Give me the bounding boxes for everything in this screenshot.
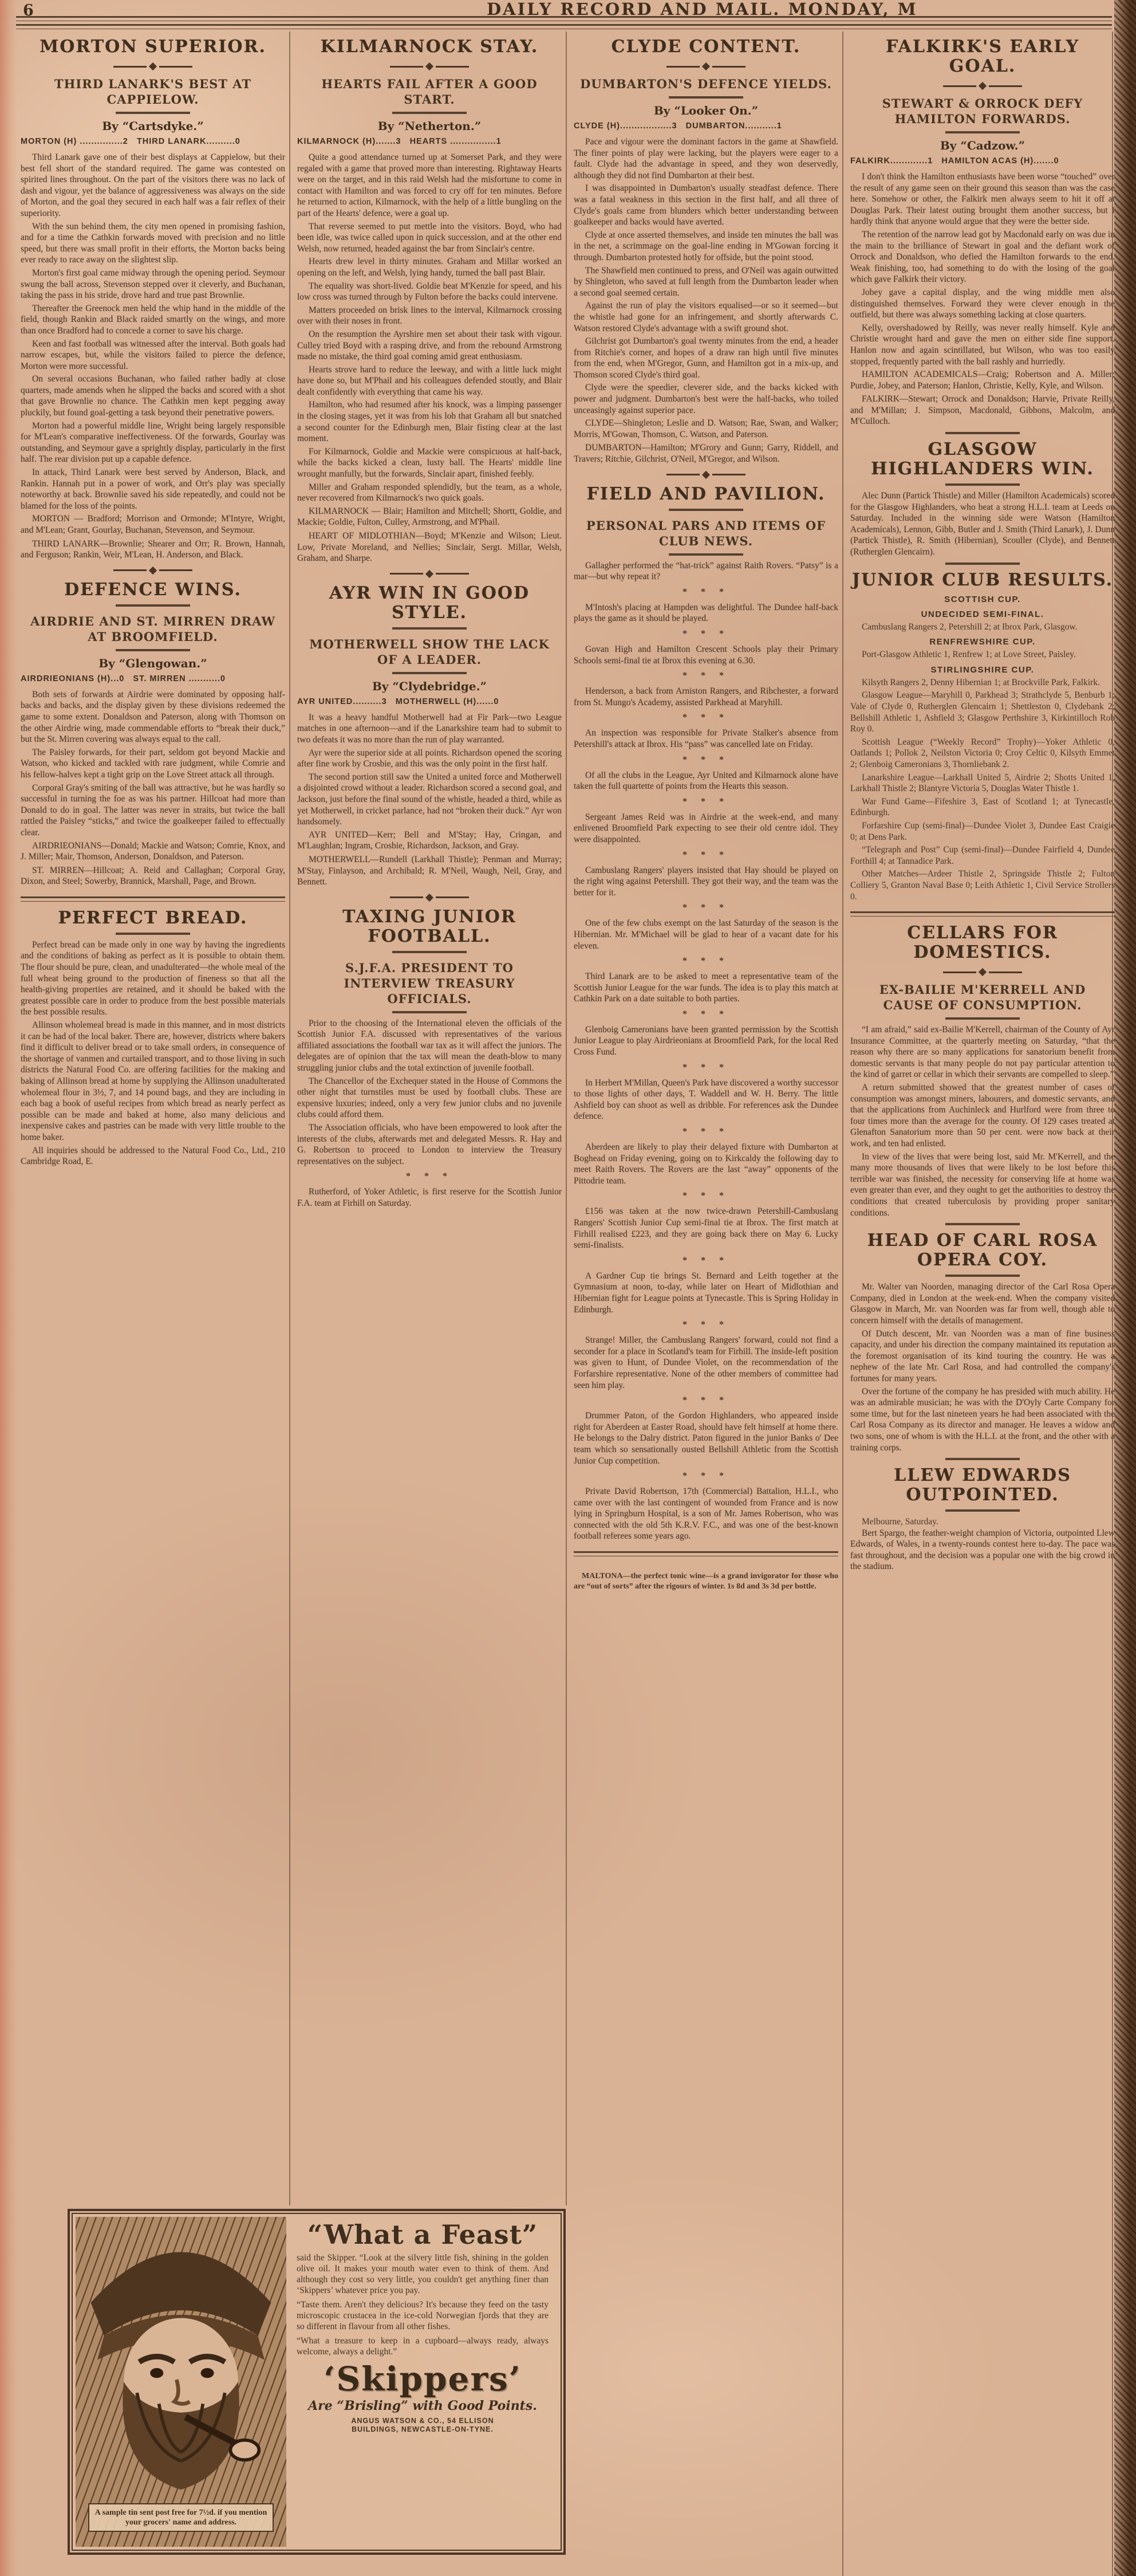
rule-line [390, 896, 423, 898]
team-line-up: KILMARNOCK — Blair; Hamilton and Mitchel… [297, 506, 562, 528]
article-paragraph: Alec Dunn (Partick Thistle) and Miller (… [850, 490, 1115, 558]
article-paragraph: Both sets of forwards at Airdrie were do… [21, 689, 285, 745]
divider-short-rule [392, 112, 467, 114]
rule-line [159, 66, 192, 68]
article-byline: By “Glengowan.” [21, 657, 285, 670]
masthead-rule-bottom [16, 24, 1112, 29]
article-paragraph: I don't think the Hamilton enthusiasts h… [850, 171, 1115, 227]
team-line-up: DUMBARTON—Hamilton; M'Grory and Gunn; Ga… [574, 442, 838, 465]
article-paragraph: Morton's first goal came midway through … [21, 268, 285, 301]
article-paragraph: Ayr were the superior side at all points… [297, 748, 562, 770]
article-paragraph: Jobey gave a capital display, and the wi… [850, 287, 1115, 321]
article-paragraph: With the sun behind them, the city men o… [21, 221, 285, 266]
team-line-up: AYR UNITED—Kerr; Bell and M'Stay; Hay, C… [297, 829, 562, 852]
article-paragraph: Quite a good attendance turned up at Som… [297, 152, 562, 219]
divider-short-rule [392, 951, 467, 953]
divider-short-rule [945, 1223, 1020, 1225]
article-paragraph: Drummer Paton, of the Gordon Highlanders… [574, 1410, 838, 1466]
article-paragraph: Keen and fast football was witnessed aft… [21, 339, 285, 372]
article-paragraph: The equality was short-lived. Goldie bea… [297, 281, 562, 303]
article-headline: CELLARS FOR DOMESTICS. [850, 923, 1115, 962]
article-headline: CLYDE CONTENT. [574, 37, 838, 57]
rule-line [159, 569, 192, 571]
article-paragraph: In view of the lives that were being los… [850, 1151, 1115, 1219]
rule-line [989, 972, 1022, 973]
article-headline: DEFENCE WINS. [21, 580, 285, 600]
column-rule-3 [842, 32, 843, 2576]
article-paragraph: Kelly, overshadowed by Reilly, was never… [850, 323, 1115, 367]
divider-stars: * * * [574, 956, 838, 966]
article-paragraph: Third Lanark are to be asked to meet a r… [574, 971, 838, 1005]
result-line: Forfarshire Cup (semi-final)—Dundee Viol… [850, 820, 1115, 843]
article-paragraph: Bert Spargo, the feather-weight champion… [850, 1528, 1115, 1572]
article-paragraph: Of Dutch descent, Mr. van Noorden was a … [850, 1328, 1115, 1385]
result-line: Scottish League (“Weekly Record” Trophy)… [850, 737, 1115, 770]
article-paragraph: Of all the clubs in the League, Ayr Unit… [574, 770, 838, 792]
article-paragraph: Gallagher performed the “hat-trick” agai… [574, 560, 838, 583]
divider-short-rule [945, 1275, 1020, 1277]
article-subhead: THIRD LANARK'S BEST AT CAPPIELOW. [24, 76, 282, 107]
article-paragraph: One of the few clubs exempt on the last … [574, 918, 838, 951]
ad-tagline: Are “Brisling” with Good Points. [297, 2398, 549, 2413]
rule-line [666, 66, 700, 68]
news-column-2: KILMARNOCK STAY.HEARTS FAIL AFTER A GOOD… [296, 32, 563, 2205]
team-line-up: CLYDE—Shingleton; Leslie and D. Watson; … [574, 418, 838, 440]
team-line-up: FALKIRK—Stewart; Orrock and Donaldson; H… [850, 394, 1115, 427]
divider-short-rule [945, 432, 1020, 434]
divider-short-rule [392, 1011, 467, 1013]
rule-line [943, 85, 976, 87]
article-headline: HEAD OF CARL ROSA OPERA COY. [850, 1231, 1115, 1270]
article-paragraph: Allinson wholemeal bread is made in this… [21, 1020, 285, 1143]
divider-ornament [297, 64, 562, 69]
article-paragraph: Clyde at once asserted themselves, and i… [574, 230, 838, 264]
team-line-up: HEART OF MIDLOTHIAN—Boyd; M'Kenzie and W… [297, 530, 562, 564]
article-paragraph: M'Intosh's placing at Hampden was deligh… [574, 602, 838, 624]
diamond-icon [425, 570, 433, 578]
diamond-icon [149, 567, 157, 575]
column-rule-2 [566, 32, 567, 2205]
article-paragraph: In attack, Third Lanark were best served… [21, 467, 285, 512]
fisherman-illustration: A sample tin sent post free for 7½d. if … [76, 2217, 286, 2547]
article-paragraph: Clyde were the speedier, cleverer side, … [574, 382, 838, 416]
article-headline: GLASGOW HIGHLANDERS WIN. [850, 440, 1115, 479]
scan-left-edge [0, 0, 17, 2576]
rule-line [390, 573, 423, 575]
rule-line [436, 573, 469, 575]
ad-address-line: ANGUS WATSON & CO., 54 ELLISON [297, 2417, 549, 2425]
divider-short-rule [945, 1509, 1020, 1512]
article-paragraph: Rutherford, of Yoker Athletic, is first … [297, 1186, 562, 1209]
article-paragraph: In Herbert M'Millan, Queen's Park have d… [574, 1077, 838, 1122]
news-column-3: CLYDE CONTENT.DUMBARTON'S DEFENCE YIELDS… [573, 32, 839, 2569]
rule-line [113, 569, 147, 571]
article-paragraph: Thereafter the Greenock men held the whi… [21, 303, 285, 337]
article-paragraph: An inspection was responsible for Privat… [574, 727, 838, 750]
ad-copy-paragraph: “What a treasure to keep in a cupboard—a… [297, 2335, 549, 2357]
divider-ornament [297, 895, 562, 900]
diamond-icon [702, 62, 710, 70]
divider-ornament [850, 83, 1115, 89]
team-line-up: MORTON — Bradford; Morrison and Ormonde;… [21, 513, 285, 536]
team-line-up: THIRD LANARK—Brownlie; Shearer and Orr; … [21, 538, 285, 561]
article-paragraph: Matters proceeded on brisk lines to the … [297, 305, 562, 327]
divider-short-rule [945, 131, 1020, 133]
divider-double-rule [21, 896, 285, 902]
divider-short-rule [116, 112, 190, 114]
ad-address-line: BUILDINGS, NEWCASTLE-ON-TYNE. [297, 2425, 549, 2434]
article-paragraph: Hamilton, who had resumed after his knoc… [297, 399, 562, 444]
divider-short-rule [116, 933, 190, 935]
match-scoreline: CLYDE (H)..................3 DUMBARTON..… [574, 121, 838, 132]
article-byline: By “Clydebridge.” [297, 680, 562, 693]
rule-line [390, 66, 423, 68]
match-scoreline: FALKIRK.............1 HAMILTON ACAS (H).… [850, 156, 1115, 167]
article-paragraph: I was disappointed in Dumbarton's usuall… [574, 183, 838, 227]
divider-stars: * * * [574, 797, 838, 807]
article-paragraph: Glenboig Cameronians have been granted p… [574, 1024, 838, 1058]
article-paragraph: £156 was taken at the now twice-drawn Pe… [574, 1206, 838, 1250]
divider-stars: * * * [574, 587, 838, 597]
match-scoreline: KILMARNOCK (H).......3 HEARTS ..........… [297, 136, 562, 147]
article-headline: AYR WIN IN GOOD STYLE. [297, 584, 562, 623]
divider-stars: * * * [574, 903, 838, 913]
rule-line [436, 66, 469, 68]
divider-short-rule [392, 627, 467, 630]
divider-stars: * * * [574, 1127, 838, 1137]
diamond-icon [702, 471, 710, 479]
divider-double-rule [574, 1551, 838, 1556]
article-byline: By “Cadzow.” [850, 139, 1115, 152]
divider-stars: * * * [297, 1171, 562, 1182]
article-subhead: MOTHERWELL SHOW THE LACK OF A LEADER. [301, 636, 558, 667]
diamond-icon [979, 82, 987, 90]
article-paragraph: Over the fortune of the company he has p… [850, 1386, 1115, 1454]
newspaper-page: 6 DAILY RECORD AND MAIL. MONDAY, M MORTO… [0, 0, 1136, 2576]
article-paragraph: The retention of the narrow lead got by … [850, 229, 1115, 285]
match-scoreline: AIRDRIEONIANS (H)...0 ST. MIRREN .......… [21, 674, 285, 685]
divider-ornament [574, 64, 838, 69]
rule-line [712, 474, 746, 475]
page-right-edge [1114, 0, 1136, 2576]
result-line: Glasgow League—Maryhill 0, Parkhead 3; S… [850, 690, 1115, 734]
diamond-icon [149, 62, 157, 70]
divider-short-rule [669, 553, 743, 556]
masthead-rule-top [16, 16, 1112, 21]
article-headline: MORTON SUPERIOR. [21, 37, 285, 57]
divider-short-rule [392, 672, 467, 674]
article-paragraph: Sergeant James Reid was in Airdrie at th… [574, 812, 838, 845]
article-paragraph: The second portion still saw the United … [297, 772, 562, 828]
article-byline: By “Netherton.” [297, 120, 562, 133]
article-paragraph: Prior to the choosing of the Internation… [297, 1018, 562, 1074]
divider-stars: * * * [574, 1191, 838, 1201]
team-line-up: ST. MIRREN—Hillcoat; A. Reid and Callagh… [21, 865, 285, 887]
team-line-up: HAMILTON ACADEMICALS—Craig; Robertson an… [850, 369, 1115, 391]
divider-stars: * * * [574, 755, 838, 765]
column-rule-1 [289, 32, 290, 2205]
article-subhead: S.J.F.A. PRESIDENT TO INTERVIEW TREASURY… [301, 960, 558, 1006]
article-byline: By “Looker On.” [574, 104, 838, 117]
divider-short-rule [116, 604, 190, 607]
article-paragraph: Third Lanark gave one of their best disp… [21, 152, 285, 219]
article-paragraph: A return submitted showed that the great… [850, 1082, 1115, 1150]
article-paragraph: Private David Robertson, 17th (Commercia… [574, 1486, 838, 1542]
skippers-ad: A sample tin sent post free for 7½d. if … [68, 2209, 566, 2555]
article-subhead: STEWART & ORROCK DEFY HAMILTON FORWARDS. [854, 96, 1111, 127]
divider-ornament [21, 64, 285, 69]
article-paragraph: Aberdeen are likely to play their delaye… [574, 1142, 838, 1186]
results-cup-heading: STIRLINGSHIRE CUP. [850, 664, 1115, 675]
divider-stars: * * * [574, 1395, 838, 1406]
result-line: Kilsyth Rangers 2, Denny Hibernian 1; at… [850, 677, 1115, 689]
article-paragraph: On the resumption the Ayrshire men set a… [297, 329, 562, 363]
divider-short-rule [945, 563, 1020, 565]
result-line: Cambuslang Rangers 2, Petershill 2; at I… [850, 622, 1115, 633]
dateline: Melbourne, Saturday. [850, 1516, 1115, 1528]
team-line-up: AIRDRIEONIANS—Donald; Mackie and Watson;… [21, 840, 285, 863]
article-paragraph: It was a heavy handful Motherwell had at… [297, 712, 562, 746]
article-paragraph: Hearts strove hard to reduce the leeway,… [297, 364, 562, 398]
results-cup-heading: SCOTTISH CUP. [850, 594, 1115, 605]
divider-stars: * * * [574, 1320, 838, 1330]
article-subhead: HEARTS FAIL AFTER A GOOD START. [301, 76, 558, 107]
article-headline: PERFECT BREAD. [21, 909, 285, 928]
article-paragraph: For Kilmarnock, Goldie and Mackie were c… [297, 446, 562, 480]
rule-line [436, 896, 469, 898]
match-scoreline: MORTON (H) ...............2 THIRD LANARK… [21, 136, 285, 147]
divider-stars: * * * [574, 713, 838, 723]
article-paragraph: Gilchrist got Dumbarton's goal twenty mi… [574, 336, 838, 380]
article-paragraph: The Association officials, who have been… [297, 1122, 562, 1167]
article-paragraph: Mr. Walter van Noorden, managing directo… [850, 1281, 1115, 1326]
result-line: War Fund Game—Fifeshire 3, East of Scotl… [850, 796, 1115, 819]
result-line: Port-Glasgow Athletic 1, Renfrew 1; at L… [850, 649, 1115, 660]
article-paragraph: Miller and Graham responded splendidly, … [297, 482, 562, 504]
article-paragraph: A Gardner Cup tie brings St. Bernard and… [574, 1271, 838, 1315]
article-headline: JUNIOR CLUB RESULTS. [850, 571, 1115, 590]
article-paragraph: Cambuslang Rangers' players insisted tha… [574, 865, 838, 899]
divider-short-rule [945, 1017, 1020, 1020]
article-headline: FALKIRK'S EARLY GOAL. [850, 37, 1115, 76]
article-headline: FIELD AND PAVILION. [574, 485, 838, 504]
article-paragraph: Against the run of play the visitors equ… [574, 300, 838, 334]
ad-copy-paragraph: “Taste them. Aren't they delicious? It's… [297, 2299, 549, 2332]
divider-short-rule [116, 649, 190, 651]
article-paragraph: All inquiries should be addressed to the… [21, 1145, 285, 1167]
rule-line [712, 66, 746, 68]
divider-stars: * * * [574, 1009, 838, 1020]
rule-line [989, 85, 1022, 87]
article-paragraph: That reverse seemed to put mettle into t… [297, 221, 562, 255]
divider-stars: * * * [574, 1063, 838, 1073]
divider-stars: * * * [574, 629, 838, 639]
news-column-1: MORTON SUPERIOR.THIRD LANARK'S BEST AT C… [19, 32, 286, 2205]
article-subhead: AIRDRIE AND ST. MIRREN DRAW AT BROOMFIEL… [24, 613, 282, 644]
article-paragraph: The Chancellor of the Exchequer stated i… [297, 1076, 562, 1120]
article-paragraph: The Paisley forwards, for their part, se… [21, 747, 285, 781]
divider-stars: * * * [574, 1471, 838, 1481]
diamond-icon [425, 62, 433, 70]
divider-ornament [297, 571, 562, 577]
rule-line [113, 66, 147, 68]
divider-ornament [574, 472, 838, 478]
article-subhead: DUMBARTON'S DEFENCE YIELDS. [577, 76, 835, 92]
result-line: “Telegraph and Post” Cup (semi-final)—Du… [850, 844, 1115, 867]
article-subhead: PERSONAL PARS AND ITEMS OF CLUB NEWS. [577, 518, 835, 549]
article-headline: KILMARNOCK STAY. [297, 37, 562, 57]
news-column-4: FALKIRK'S EARLY GOAL.STEWART & ORROCK DE… [849, 32, 1116, 2569]
divider-stars: * * * [574, 850, 838, 860]
divider-short-rule [945, 483, 1020, 486]
result-line: Lanarkshire League—Larkhall United 5, Ai… [850, 772, 1115, 795]
diamond-icon [425, 894, 433, 902]
divider-ornament [850, 969, 1115, 975]
ad-copy-paragraph: said the Skipper. “Look at the silvery l… [297, 2252, 549, 2296]
divider-ornament [21, 568, 285, 573]
rule-line [666, 474, 700, 475]
article-headline: LLEW EDWARDS OUTPOINTED. [850, 1466, 1115, 1505]
divider-short-rule [945, 1458, 1020, 1460]
article-paragraph: Corporal Gray's smiting of the ball was … [21, 782, 285, 839]
results-cup-heading: UNDECIDED SEMI-FINAL. [850, 609, 1115, 620]
article-paragraph: On several occasions Buchanan, who faile… [21, 373, 285, 418]
article-paragraph: Hearts drew level in thirty minutes. Gra… [297, 256, 562, 278]
article-paragraph: “I am afraid,” said ex-Bailie M'Kerrell,… [850, 1024, 1115, 1080]
rule-line [943, 972, 976, 973]
article-paragraph: Govan High and Hamilton Crescent Schools… [574, 644, 838, 666]
article-paragraph: Pace and vigour were the dominant factor… [574, 136, 838, 181]
divider-stars: * * * [574, 1256, 838, 1266]
ad-sample-offer: A sample tin sent post free for 7½d. if … [88, 2503, 274, 2532]
article-paragraph: Henderson, a back from Arniston Rangers,… [574, 686, 838, 708]
small-advert-line: MALTONA—the perfect tonic wine—is a gran… [574, 1571, 838, 1592]
result-line: Other Matches—Ardeer Thistle 2, Springsi… [850, 868, 1115, 902]
article-paragraph: Morton had a powerful middle line, Wrigh… [21, 420, 285, 465]
divider-double-rule [850, 911, 1115, 917]
divider-short-rule [669, 96, 743, 99]
team-line-up: MOTHERWELL—Rundell (Larkhall Thistle); P… [297, 854, 562, 888]
match-scoreline: AYR UNITED..........3 MOTHERWELL (H)....… [297, 697, 562, 707]
results-cup-heading: RENFREWSHIRE CUP. [850, 636, 1115, 647]
article-headline: TAXING JUNIOR FOOTBALL. [297, 907, 562, 946]
ad-headline: “What a Feast” [297, 2220, 549, 2249]
divider-short-rule [669, 509, 743, 511]
article-subhead: EX-BAILIE M'KERRELL AND CAUSE OF CONSUMP… [854, 982, 1111, 1013]
article-paragraph: The Shawfield men continued to press, an… [574, 265, 838, 299]
article-paragraph: Strange! Miller, the Cambuslang Rangers'… [574, 1335, 838, 1391]
diamond-icon [979, 968, 987, 976]
divider-stars: * * * [574, 671, 838, 681]
article-byline: By “Cartsdyke.” [21, 120, 285, 133]
article-paragraph: Perfect bread can be made only in one wa… [21, 939, 285, 1018]
skippers-logo: ‘Skippers’ [297, 2362, 549, 2396]
